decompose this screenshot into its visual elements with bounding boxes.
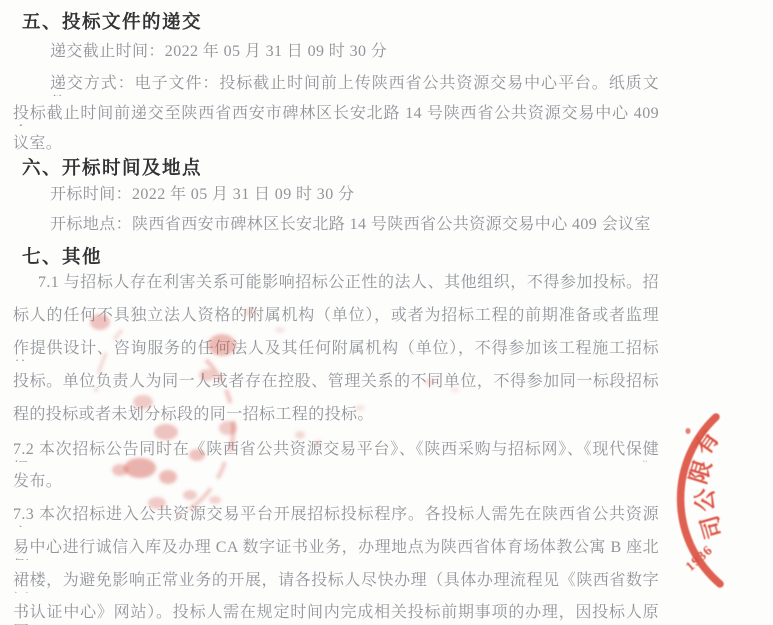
seal-number: 1936 — [682, 542, 715, 574]
doc-line-method: 递交方式：电子文件：投标截止时间前上传陕西省公共资源交易中心平台。纸质文件： — [50, 74, 659, 96]
doc-line-open-place: 开标地点：陕西省西安市碑林区长安北路 14 号陕西省公共资源交易中心 409 会… — [50, 215, 651, 235]
doc-line: 作提供设计、咨询服务的任何法人及其任何附属机构（单位），不得参加该工程施工招标的 — [13, 339, 659, 361]
seal-ring-arc — [681, 417, 720, 584]
doc-line: 易中心进行诚信入库及办理 CA 数字证书业务，办理地点为陕西省体育场体教公寓 B… — [13, 538, 659, 560]
doc-line-open-time: 开标时间：2022 年 05 月 31 日 09 时 30 分 — [50, 185, 354, 205]
section-7-heading: 七、其他 — [22, 243, 102, 269]
seal-char-xian: 限 — [686, 457, 717, 486]
doc-line-7-1: 7.1 与招标人存在利害关系可能影响招标公正性的法人、其他组织，不得参加投标。招 — [38, 273, 659, 295]
doc-line: 裙楼，为避免影响正常业务的开展，请各投标人尽快办理（具体办理流程见《陕西省数字证 — [13, 571, 659, 593]
section-5-heading: 五、投标文件的递交 — [22, 8, 202, 34]
doc-line-deadline: 递交截止时间：2022 年 05 月 31 日 09 时 30 分 — [50, 42, 387, 62]
seal-char-gong: 公 — [693, 489, 718, 512]
seal-char-si: 司 — [697, 513, 727, 542]
doc-line: 书认证中心》网站）。投标人需在规定时间内完成相关投标前期事项的办理，因投标人原因 — [13, 603, 659, 625]
doc-line: 标人的任何不具独立法人资格的附属机构（单位），或者为招标工程的前期准备或者监理工 — [13, 306, 659, 328]
doc-line: 发布。 — [13, 472, 62, 492]
doc-line: 投标。单位负责人为同一人或者存在控股、管理关系的不同单位，不得参加同一标段招标工 — [13, 372, 659, 394]
doc-line-7-3: 7.3 本次招标进入公共资源交易平台开展招标投标程序。各投标人需先在陕西省公共资… — [13, 505, 659, 527]
company-seal-stamp: 有 限 公 司 1936 — [681, 417, 728, 584]
document-page: 五、投标文件的递交 递交截止时间：2022 年 05 月 31 日 09 时 3… — [0, 0, 773, 625]
section-6-heading: 六、开标时间及地点 — [22, 154, 202, 180]
doc-line: 议室。 — [13, 134, 62, 154]
doc-line: 投标截止时间前递交至陕西省西安市碑林区长安北路 14 号陕西省公共资源交易中心 … — [13, 104, 659, 126]
doc-line: 程的投标或者未划分标段的同一招标工程的投标。 — [13, 405, 374, 425]
seal-char-you: 有 — [689, 426, 723, 460]
doc-line-7-2: 7.2 本次招标公告同时在《陕西省公共资源交易平台》、《陕西采购与招标网》、《现… — [13, 440, 659, 462]
